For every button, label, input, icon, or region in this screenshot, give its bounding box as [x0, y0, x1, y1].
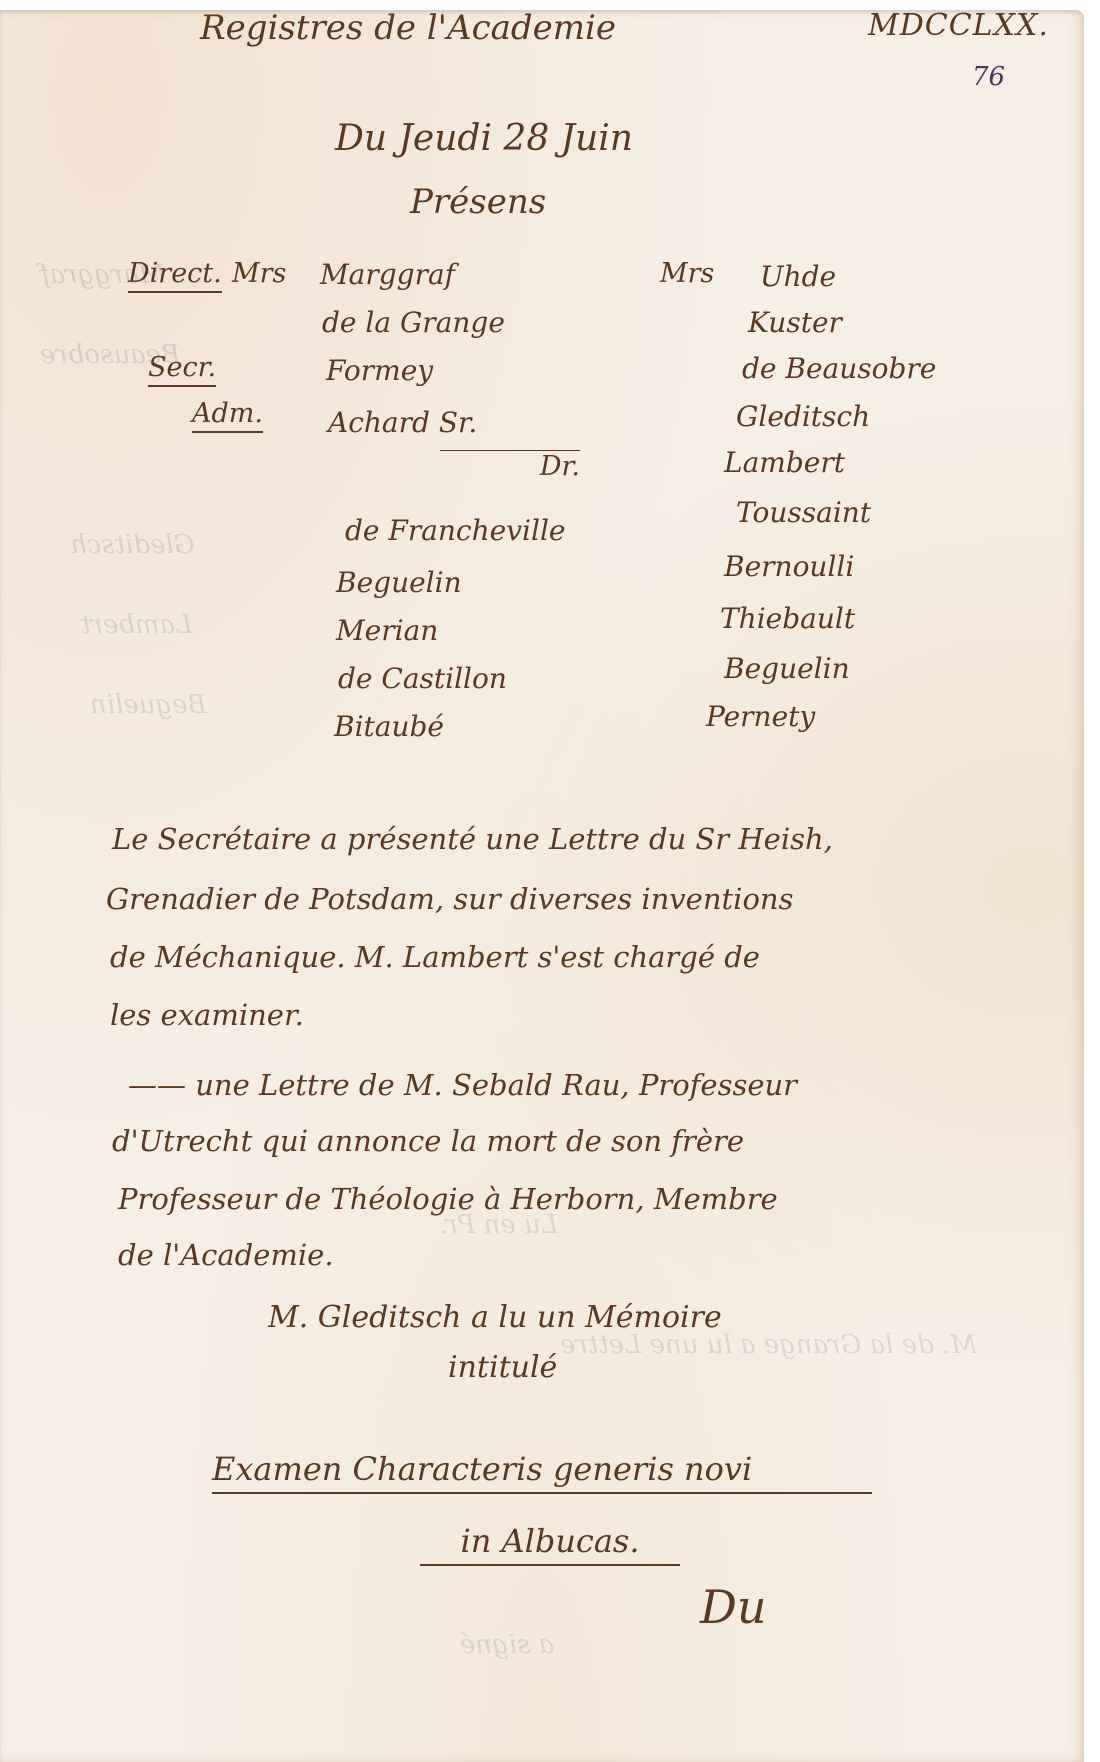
- honorific-right: Mrs: [660, 258, 714, 289]
- minutes-line: de Méchanique. M. Lambert s'est chargé d…: [110, 940, 760, 974]
- bleed-through-text: Lambert: [80, 610, 192, 640]
- member-name: Lambert: [724, 446, 845, 479]
- role-director: Direct.: [128, 258, 222, 293]
- member-name: Bitaubé: [334, 710, 444, 743]
- minutes-line: les examiner.: [110, 998, 304, 1032]
- member-name: Achard Sr.: [328, 406, 477, 439]
- member-name: de Beausobre: [742, 352, 936, 385]
- minutes-line: Professeur de Théologie à Herborn, Membr…: [118, 1182, 778, 1216]
- catchword: Du: [700, 1580, 767, 1634]
- member-name: Uhde: [760, 260, 836, 293]
- member-name: Gleditsch: [736, 400, 870, 433]
- member-name: Toussaint: [736, 496, 871, 529]
- year-roman-numeral: MDCCLXX.: [868, 8, 1049, 43]
- member-name: Beguelin: [724, 652, 850, 685]
- member-name: de la Grange: [322, 306, 505, 339]
- bleed-through-text: a signé: [460, 1630, 554, 1660]
- minutes-line: Le Secrétaire a présenté une Lettre du S…: [112, 822, 833, 856]
- member-name: de Castillon: [338, 662, 507, 695]
- session-date: Du Jeudi 28 Juin: [335, 118, 633, 159]
- dr-separator-mark: Dr.: [440, 450, 580, 482]
- bleed-through-text: Beguelin: [90, 690, 207, 720]
- member-name: Pernety: [706, 700, 815, 733]
- member-name: de Francheville: [345, 514, 565, 547]
- minutes-line: intitulé: [448, 1350, 557, 1385]
- honorific-left: Mrs: [232, 258, 286, 289]
- member-name: Bernoulli: [724, 550, 854, 583]
- minutes-line: d'Utrecht qui annonce la mort de son frè…: [112, 1124, 744, 1158]
- manuscript-page: Marggraf Beausobre Gleditsch Lambert Beg…: [0, 10, 1084, 1762]
- role-secretary: Secr.: [148, 352, 216, 387]
- minutes-line: de l'Academie.: [118, 1238, 334, 1272]
- member-name: Marggraf: [320, 258, 455, 291]
- member-name: Merian: [336, 614, 438, 647]
- member-name: Beguelin: [336, 566, 462, 599]
- presens-heading: Présens: [410, 182, 546, 222]
- minutes-line: M. Gleditsch a lu un Mémoire: [268, 1300, 722, 1335]
- member-name: Formey: [326, 354, 433, 387]
- folio-number: 76: [972, 62, 1005, 92]
- member-name: Kuster: [748, 306, 842, 339]
- minutes-line: Grenadier de Potsdam, sur diverses inven…: [106, 882, 793, 916]
- minutes-line: —— une Lettre de M. Sebald Rau, Professe…: [128, 1068, 797, 1102]
- member-name: Thiebault: [720, 602, 855, 635]
- memoir-title-line: in Albucas.: [420, 1522, 680, 1566]
- role-curator: Adm.: [192, 398, 263, 433]
- register-title: Registres de l'Academie: [200, 8, 616, 48]
- memoir-title-line: Examen Characteris generis novi: [212, 1450, 872, 1494]
- bleed-through-text: Gleditsch: [70, 530, 195, 560]
